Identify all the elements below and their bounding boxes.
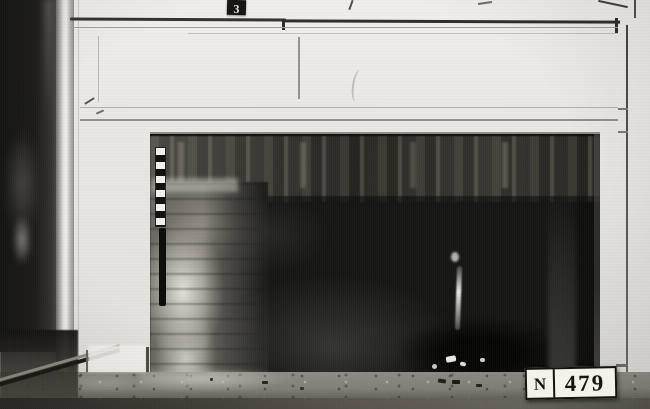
floor-debris (452, 380, 460, 384)
ash-speck (480, 358, 485, 362)
lower-molding-line (80, 107, 618, 108)
floor-debris (210, 378, 213, 381)
pilaster-base-line-2 (146, 347, 149, 372)
emulsion-scratch (634, 0, 636, 18)
firebox-haze-upper (210, 194, 330, 274)
pilaster-base-line (86, 350, 88, 372)
shelf-joint-notch (282, 20, 285, 30)
chalk-spot (451, 252, 459, 262)
survey-number-plate: N 479 (525, 366, 618, 400)
plate-number: 479 (555, 368, 616, 397)
pilaster-base-highlight (88, 345, 146, 372)
opening-right-inner-edge (594, 134, 600, 380)
lintel-streak (300, 142, 306, 188)
photo: 3 N 479 (0, 0, 650, 409)
scale-stick-black-segment (159, 228, 166, 306)
doorway-edge-light (44, 0, 53, 125)
floor-debris (476, 384, 482, 387)
ash-speck (432, 364, 437, 369)
pilaster-molding-jog (618, 131, 628, 133)
lower-molding-line-2 (80, 119, 618, 121)
pilaster-base-jog (616, 364, 628, 367)
right-pilaster-edge (626, 25, 628, 373)
lintel-streak (502, 142, 508, 188)
floor-bottom-edge (0, 398, 650, 409)
doorway-shadow (0, 0, 64, 352)
numbered-tag: 3 (227, 0, 246, 15)
shelf-molding-line-2 (188, 33, 618, 34)
shelf-molding-line (70, 27, 618, 28)
scale-stick-checkered (156, 148, 165, 226)
lintel-streak (410, 142, 416, 188)
casing-joint-line (78, 0, 79, 372)
tag-number: 3 (233, 3, 239, 15)
shelf-end-notch (615, 18, 618, 33)
doorway-highlight-small (12, 214, 32, 266)
plate-prefix: N (527, 369, 556, 398)
floor-debris (262, 381, 268, 384)
frieze-board-joint (298, 37, 300, 99)
paint-crack (98, 36, 99, 102)
floor-debris (300, 387, 304, 390)
soot-streak-right (548, 188, 576, 380)
fireplace-opening (150, 132, 600, 380)
door-casing (56, 0, 74, 380)
pilaster-molding-jog (618, 108, 628, 110)
